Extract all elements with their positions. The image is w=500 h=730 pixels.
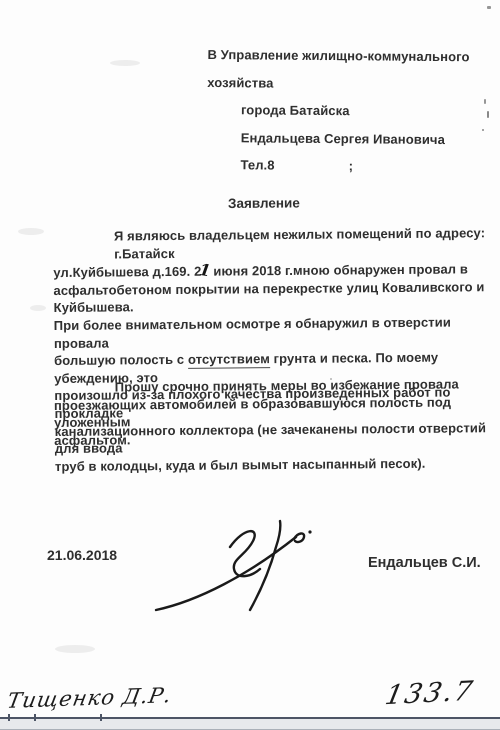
body-line: проезжающих автомобилей в образовавшуюся…: [54, 393, 500, 432]
table-edge-tick: [100, 714, 102, 721]
recipient-line-city: города Батайска: [207, 96, 497, 126]
handwritten-signature: [148, 517, 318, 617]
reviewer-signature-note: Тищенко Д.Р.: [5, 683, 174, 713]
body-line: труб в колодцы, куда и был вымыт насыпан…: [55, 454, 500, 476]
recipient-line-phone: Тел.8 ;: [206, 151, 496, 181]
body-text: июня 2018 г.мною обнаружен провал в: [210, 262, 468, 279]
body-line: При более внимательном осмотре я обнаруж…: [54, 313, 500, 352]
body-line: Я являюсь владельцем нежилых помещений п…: [53, 224, 500, 263]
paragraph-2: Прошу срочно принять меры во избежание п…: [54, 375, 500, 449]
document-title: Заявление: [228, 195, 300, 211]
body-text: ул.Куйбышева д.169. 2: [53, 264, 201, 280]
case-number-note: 133.7: [382, 676, 476, 712]
body-text: большую полость с: [54, 352, 188, 368]
table-edge-tick: [8, 714, 10, 721]
recipient-line-applicant: Ендальцева Сергея Ивановича: [207, 123, 497, 153]
body-line: асфальтобетоном покрытии на перекрестке …: [53, 278, 500, 317]
recipient-block: В Управление жилищно-коммунального хозяй…: [206, 41, 497, 181]
page-bottom-edge: [0, 717, 500, 730]
scan-blotch: [30, 305, 46, 311]
scan-blotch: [18, 228, 44, 235]
recipient-line-organization: В Управление жилищно-коммунального хозяй…: [207, 41, 497, 99]
underlined-word: отсутствием: [188, 351, 270, 368]
phone-separator-mark: ;: [349, 152, 354, 180]
table-edge-tick: [34, 714, 36, 721]
scan-blotch: [55, 645, 95, 653]
date-label: 21.06.2018: [47, 547, 117, 563]
phone-label: Тел.8: [240, 151, 274, 179]
signer-name: Ендальцев С.И.: [368, 555, 481, 571]
scan-blotch: [110, 60, 140, 66]
scan-speck: [487, 6, 491, 9]
scanned-application-document: В Управление жилищно-коммунального хозяй…: [0, 0, 500, 730]
